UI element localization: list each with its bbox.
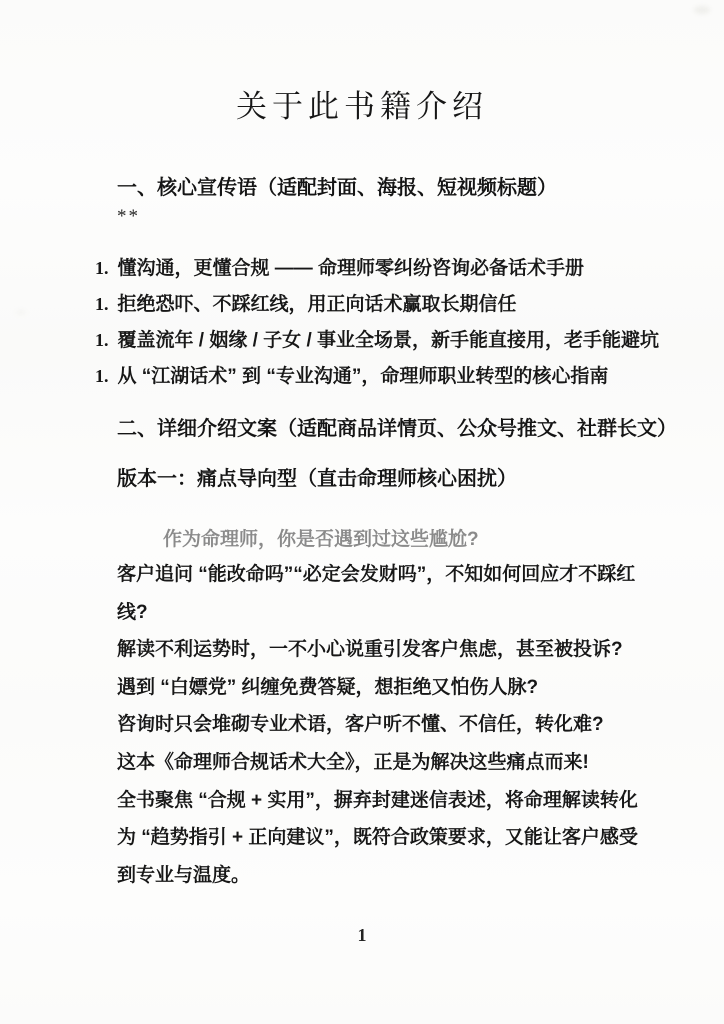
paragraph: 解读不利运势时，一不小心说重引发客户焦虑，甚至被投诉?	[117, 631, 645, 669]
section-one-heading: 一、核心宣传语（适配封面、海报、短视频标题）	[117, 175, 557, 201]
list-item-number: 1.	[95, 250, 109, 286]
gray-intro-line: 作为命理师，你是否遇到过这些尴尬?	[163, 528, 479, 552]
paragraph: 这本《命理师合规话术大全》，正是为解决这些痛点而来!	[117, 744, 645, 782]
scan-artifact	[694, 6, 710, 14]
promo-slogan-list: 1.懂沟通，更懂合规 —— 命理师零纠纷咨询必备话术手册 1.拒绝恐吓、不踩红线…	[95, 250, 659, 394]
paragraph: 遇到 “白嫖党” 纠缠免费答疑，想拒绝又怕伤人脉?	[117, 669, 645, 707]
document-page: 关于此书籍介绍 一、核心宣传语（适配封面、海报、短视频标题） ** 1.懂沟通，…	[0, 0, 724, 1024]
scan-artifact	[16, 310, 26, 315]
list-item-text: 拒绝恐吓、不踩红线，用正向话术赢取长期信任	[118, 294, 517, 315]
list-item-number: 1.	[95, 358, 109, 394]
list-item-number: 1.	[95, 322, 109, 358]
list-item-number: 1.	[95, 286, 109, 322]
list-item: 1.拒绝恐吓、不踩红线，用正向话术赢取长期信任	[95, 286, 659, 322]
list-item-text: 覆盖流年 / 姻缘 / 子女 / 事业全场景，新手能直接用，老手能避坑	[118, 330, 660, 351]
body-paragraphs: 客户追问 “能改命吗”“必定会发财吗”，不知如何回应才不踩红线? 解读不利运势时…	[117, 556, 645, 894]
list-item: 1.懂沟通，更懂合规 —— 命理师零纠纷咨询必备话术手册	[95, 250, 659, 286]
list-item-text: 懂沟通，更懂合规 —— 命理师零纠纷咨询必备话术手册	[118, 258, 585, 279]
section-two-heading: 二、详细介绍文案（适配商品详情页、公众号推文、社群长文）	[117, 416, 677, 442]
list-item-text: 从 “江湖话术” 到 “专业沟通”，命理师职业转型的核心指南	[118, 366, 609, 387]
asterisk-marker: **	[117, 206, 140, 228]
paragraph: 客户追问 “能改命吗”“必定会发财吗”，不知如何回应才不踩红线?	[117, 556, 645, 631]
paragraph: 咨询时只会堆砌专业术语，客户听不懂、不信任，转化难?	[117, 706, 645, 744]
list-item: 1.覆盖流年 / 姻缘 / 子女 / 事业全场景，新手能直接用，老手能避坑	[95, 322, 659, 358]
paragraph: 全书聚焦 “合规 + 实用”，摒弃封建迷信表述，将命理解读转化为 “趋势指引 +…	[117, 782, 645, 895]
version-one-heading: 版本一：痛点导向型（直击命理师核心困扰）	[117, 466, 517, 492]
list-item: 1.从 “江湖话术” 到 “专业沟通”，命理师职业转型的核心指南	[95, 358, 659, 394]
page-number: 1	[0, 925, 724, 946]
document-title: 关于此书籍介绍	[0, 90, 724, 124]
